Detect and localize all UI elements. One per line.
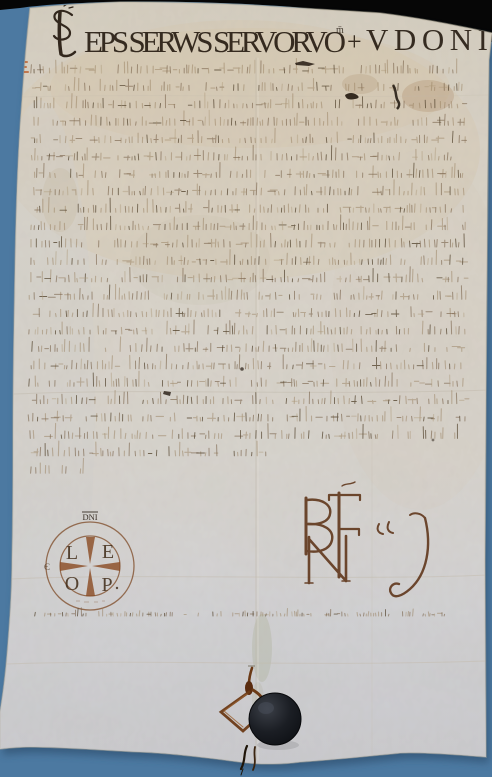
rota-letter-3: O (65, 573, 79, 595)
parchment-surface: EPS SERWS SERVORVO m̄ + VDONI (0, 0, 492, 777)
ink-dot (432, 439, 435, 442)
header-superscript: m̄ (336, 25, 344, 36)
ink-dot (240, 367, 244, 371)
rota-top-label: DNI (82, 512, 97, 522)
rota-letter-1: L (66, 542, 78, 564)
header-text-main: EPS SERWS SERVORVO (84, 24, 346, 59)
seal-highlight (258, 702, 274, 714)
rota-left-label: Є (44, 562, 50, 572)
rota-letter-2: E (102, 541, 114, 563)
charter-scene: EPS SERWS SERVORVO m̄ + VDONI (0, 0, 492, 777)
rota-letter-4: P (101, 574, 112, 596)
lead-bulla-seal (249, 693, 301, 745)
photograph: EPS SERWS SERVORVO m̄ + VDONI (0, 0, 492, 777)
parchment-grain (0, 0, 492, 777)
header-cross: + (347, 27, 362, 56)
rota-dot (116, 587, 118, 589)
